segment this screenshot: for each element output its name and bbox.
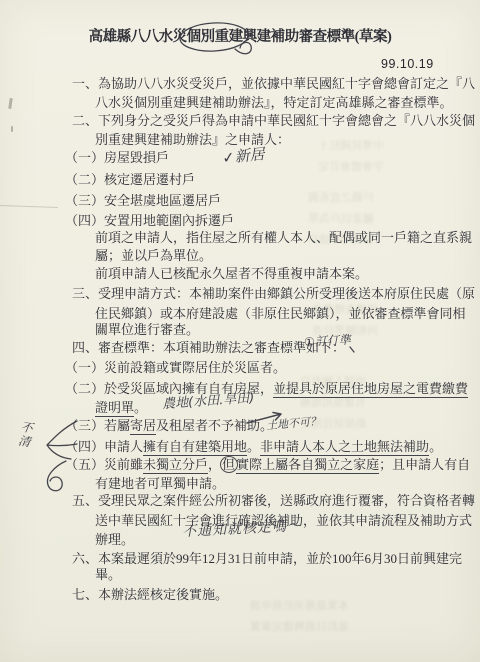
doc-item-4-1: （一）災前設籍或實際居住於災區者。	[65, 358, 286, 377]
doc-line-s1-2: 八水災個別重建興建補助辦法』，特定訂定高雄縣之審查標準。	[95, 93, 453, 112]
doc-line-s6-1: 六、本案最遲須於99年12月31日前申請，並於100年6月30日前興建完	[72, 549, 462, 568]
doc-line-s6-2: 畢。	[95, 565, 121, 584]
doc-line-s1-1: 一、為協助八八水災受災戶，並依據中華民國紅十字會總會訂定之『八	[72, 74, 475, 93]
doc-line-s2-1: 二、下列身分之受災戶得為申請中華民國紅十字會總會之『八八水災個	[72, 111, 475, 130]
doc-line-s3-3: 關單位進行審查。	[95, 320, 199, 339]
doc-line-s5-3: 辦理。	[95, 530, 134, 549]
doc-item-4-4: （四）申請人擁有自有建築用地。非申請人本人之土地無法補助。	[65, 437, 442, 456]
doc-item-4-3: （三）若屬寄居及租屋者不予補助。	[65, 416, 273, 435]
document-title: 高雄縣八八水災個別重建興建補助審查標準(草案)	[0, 25, 480, 46]
doc-item-4-5: （五）災前雖未獨立分戶，但實際上屬各自獨立之家庭；且申請人有自	[65, 455, 470, 474]
item-4-5-underlined1: 未獨立分戶	[143, 457, 208, 474]
item-4-5-text: （五）災前雖	[65, 457, 143, 472]
document-date: 99.10.19	[381, 57, 434, 71]
item-4-5-circled-char: 但	[220, 456, 238, 473]
item-4-2-text: （二）於受災區域內擁有自有房屋，	[65, 381, 273, 396]
item-4-3-text2: 及租屋者不予補助。	[156, 418, 273, 433]
doc-item-2-2: （二）核定遷居遷村戶	[65, 170, 195, 189]
doc-item-2-1: （一）房屋毀損戶	[65, 148, 169, 167]
handwritten-land-question: 土地不可？	[265, 413, 321, 434]
doc-line-s4-1: 四、審查標準：本項補助辦法之審查標準如下：	[72, 338, 345, 357]
doc-line-s5-1: 五、受理民眾之案件經公所初審後，送縣政府進行覆審，符合資格者轉	[72, 491, 475, 510]
scan-speck	[8, 98, 13, 109]
doc-item-4-2: （二）於受災區域內擁有自有房屋，並提具於原居住地房屋之電費繳費	[65, 379, 468, 398]
item-4-2b-underlined: 證明單	[95, 400, 134, 417]
doc-item-2-3: （三）安全堪虞地區遷居戶	[65, 191, 221, 210]
doc-note-1b: 屬；並以戶為單位。	[95, 246, 212, 265]
margin-brace-loop	[47, 461, 66, 491]
paper-crease	[0, 205, 58, 208]
handwritten-unclear-note: 不清	[15, 420, 36, 450]
item-4-2-underlined: 並提具於原居住地房屋之電費繳費	[273, 381, 468, 398]
item-4-4-underlined1: 擁有自有建築用地	[143, 439, 247, 456]
item-4-3-underlined: 寄居	[130, 418, 156, 435]
doc-note-1a: 前項之申請人，指住屋之所有權人本人、配偶或同一戶籍之直系親	[95, 228, 472, 247]
doc-line-s5-2: 送中華民國紅十字會進行確認後補助，並依其申請流程及補助方式	[95, 511, 472, 530]
scan-speck	[11, 126, 13, 132]
item-4-5-underlined2: 實際上屬各自獨立之家庭	[236, 457, 379, 474]
doc-line-s7-1: 七、本辦法經核定後實施。	[72, 585, 228, 604]
item-4-4-text: （四）申請人	[65, 439, 143, 454]
doc-note-2: 前項申請人已核配永久屋者不得重複申請本案。	[95, 264, 368, 283]
doc-line-s3-1: 三、受理申請方式：本補助案件由鄉鎮公所受理後送本府原住民處（原	[72, 284, 475, 303]
doc-line-s2-2: 別重建興建補助辦法』之申請人：	[95, 130, 290, 149]
doc-item-4-2-cont: 證明單。	[95, 398, 147, 417]
item-4-2b-text: 。	[134, 400, 147, 415]
bleedthrough-ghost-text: 中華民國紅十 字會總會訂定	[318, 136, 384, 178]
item-4-5-text3: ；且申請人有自	[379, 457, 470, 472]
item-4-4-underlined2: 非申請人本人之土地無法補助	[260, 439, 429, 456]
scanned-document-page: 中華民國紅十 字會總會訂定 戶籍之直系親 屬並以戶為單 位受理申請戶 依審查標準…	[0, 0, 480, 662]
item-4-4-text2: 。	[247, 439, 260, 454]
bleedthrough-ghost-text: 本案最遲須於前申請 並於日前興建完畢實	[250, 596, 349, 638]
item-4-4-text3: 。	[429, 439, 442, 454]
item-4-3-text: （三）若屬	[65, 418, 130, 433]
